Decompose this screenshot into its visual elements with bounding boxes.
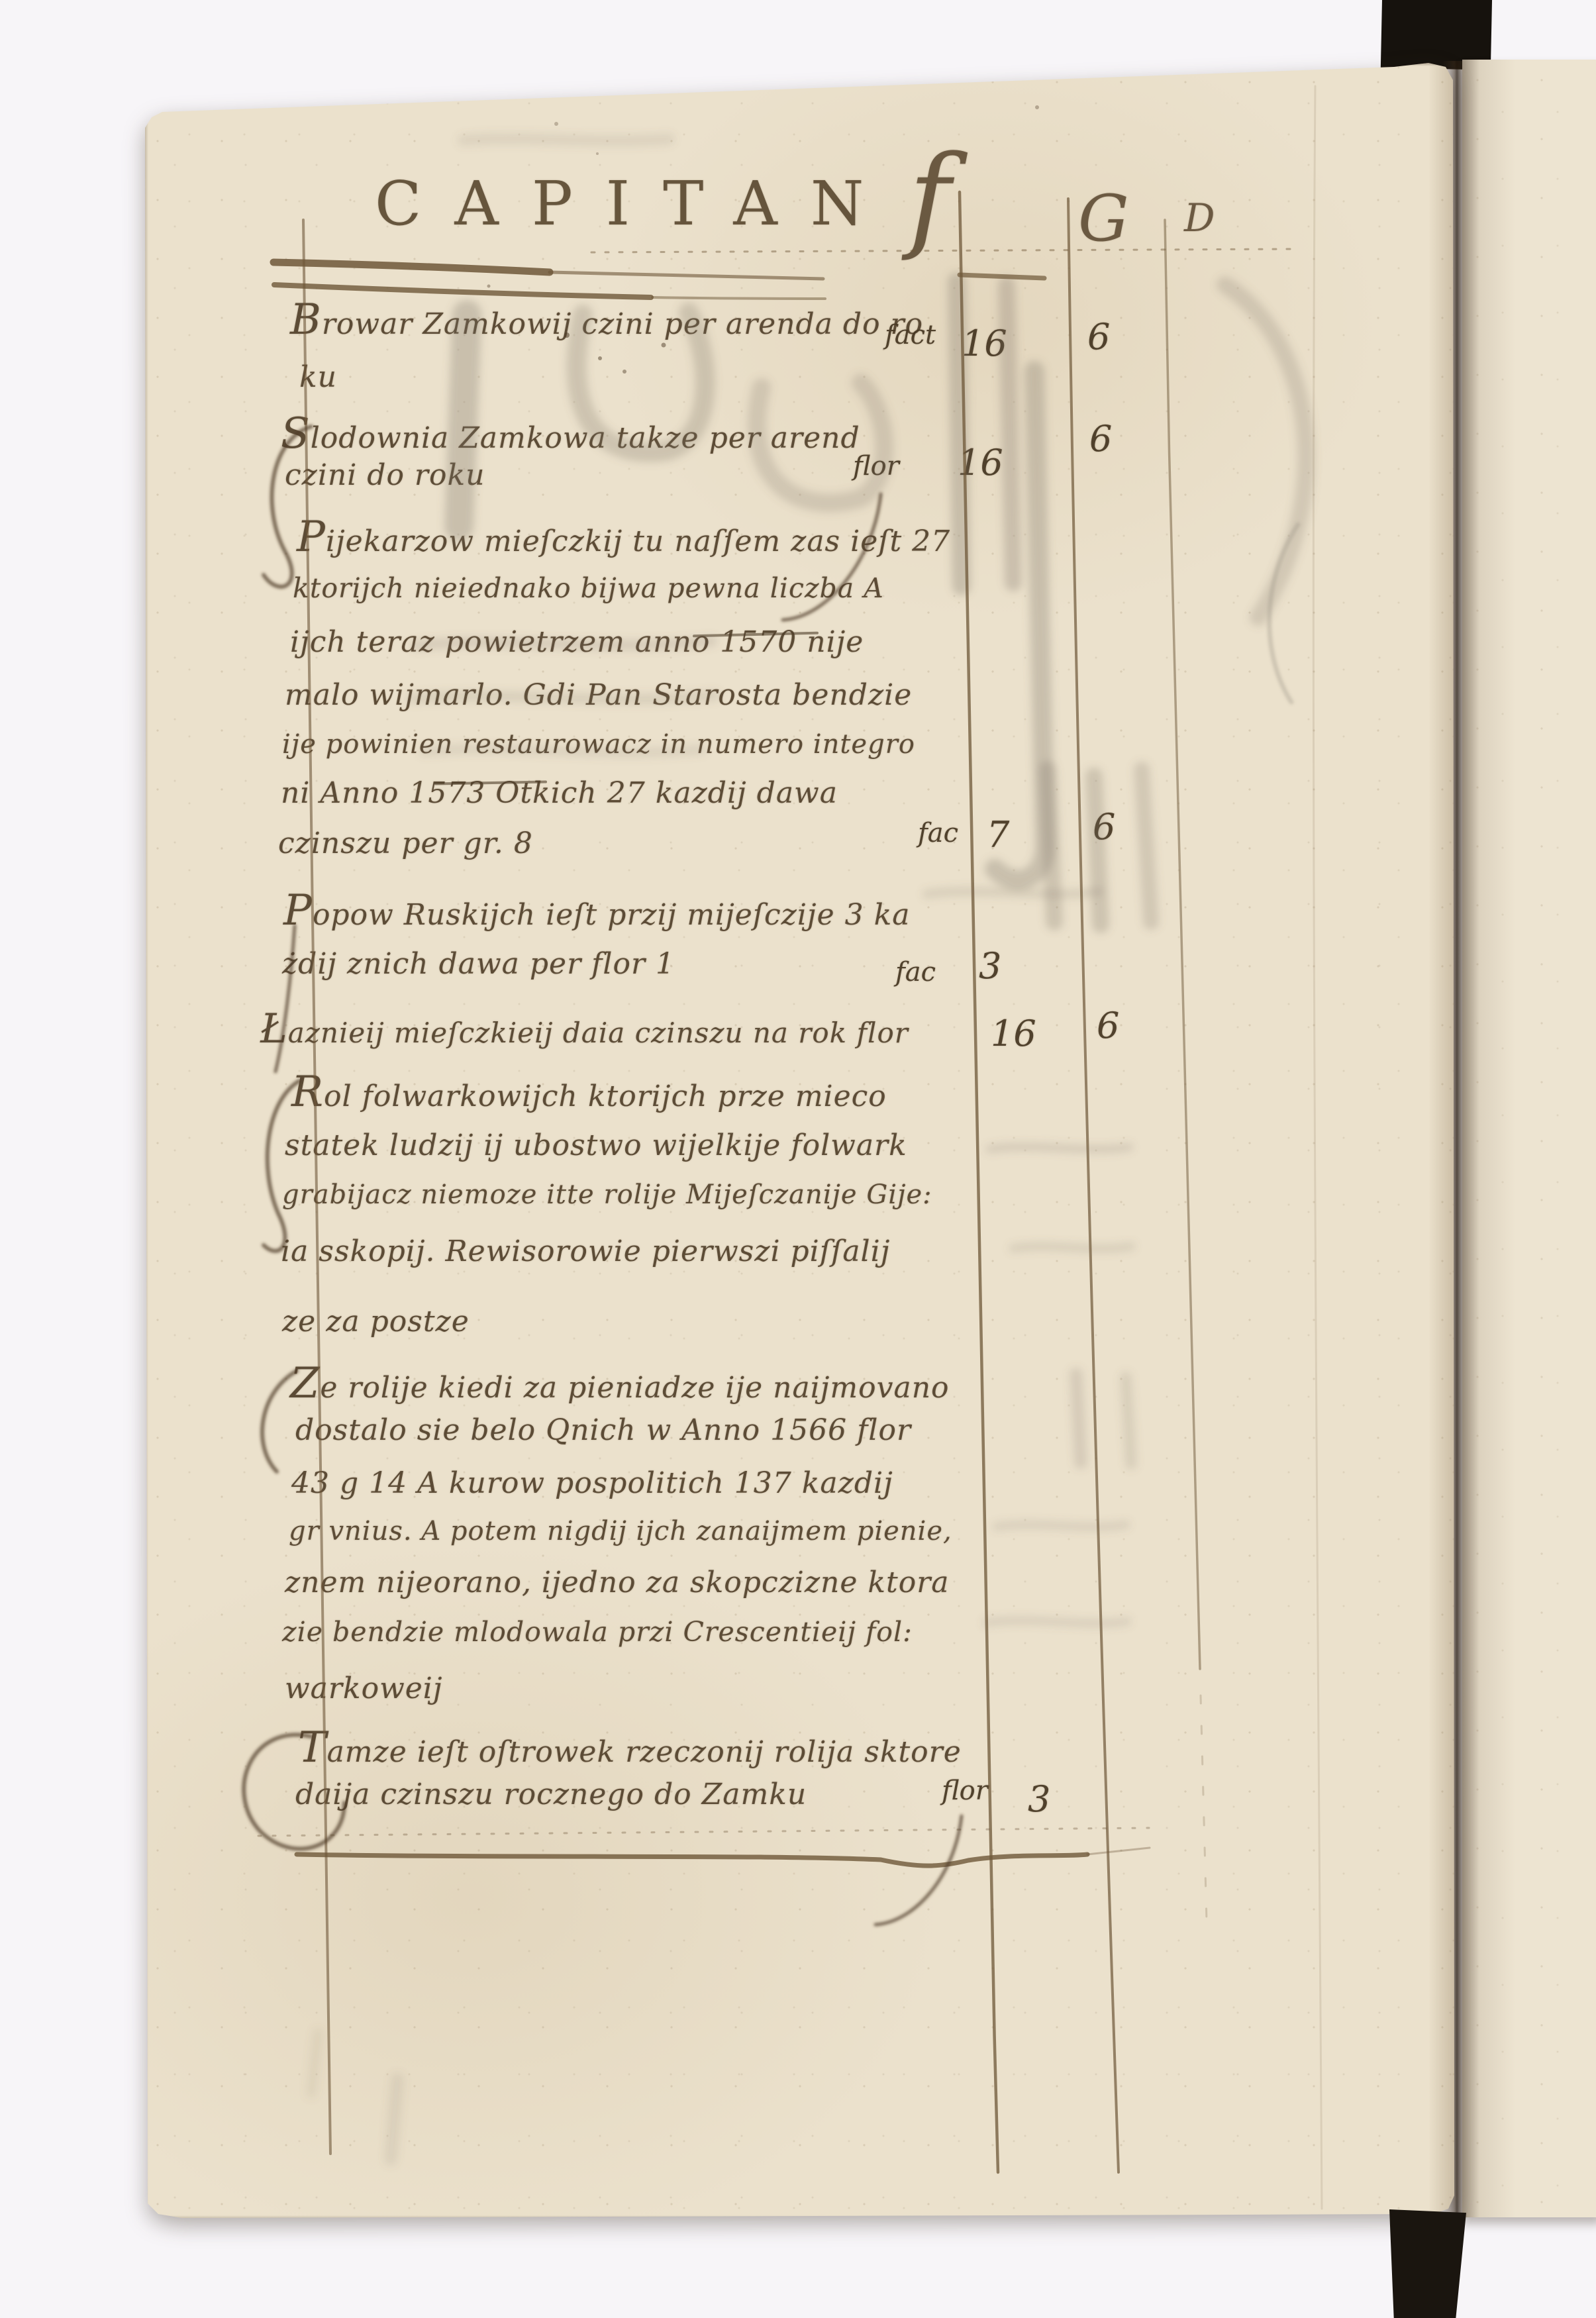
manuscript-line: Browar Zamkowij czini per arenda do ro bbox=[290, 299, 923, 342]
manuscript-line: grabijacz niemoze itte rolije Mijeſczani… bbox=[282, 1182, 932, 1208]
column-header-denarii: D bbox=[1184, 199, 1215, 237]
manuscript-line: ku bbox=[299, 363, 337, 392]
amount-florins: 3 bbox=[1028, 1782, 1050, 1817]
manuscript-page: CAPITAN f G D Browar Zamkowij czini per … bbox=[142, 62, 1455, 2221]
manuscript-line: Ze rolije kiedi za pieniadze ije naijmov… bbox=[290, 1363, 950, 1405]
manuscript-line: Tamze ieſt oſtrowek rzeczonij rolija skt… bbox=[298, 1727, 962, 1770]
manuscript-line: statek ludzij ij ubostwo wijelkije folwa… bbox=[285, 1131, 907, 1160]
amount-florins: 7 bbox=[987, 817, 1009, 853]
manuscript-scan: CAPITAN f G D Browar Zamkowij czini per … bbox=[0, 0, 1596, 2318]
column-header-florins: f bbox=[909, 140, 951, 254]
manuscript-line: czinszu per gr. 8 bbox=[278, 829, 533, 858]
manuscript-line: Slodownia Zamkowa takze per arend bbox=[281, 413, 860, 456]
manuscript-line: warkoweij bbox=[285, 1674, 443, 1703]
amount-unit: flor bbox=[853, 453, 899, 479]
amount-grossi: 6 bbox=[1097, 1008, 1119, 1044]
manuscript-line: Popow Ruskijch ieſt przij mijeſczije 3 k… bbox=[283, 890, 910, 932]
manuscript-line: ia sskopij. Rewisorowie pierwszi piſſali… bbox=[281, 1237, 890, 1266]
amount-grossi: 6 bbox=[1093, 809, 1115, 845]
amount-unit: flor bbox=[942, 1778, 988, 1804]
amount-florins: 16 bbox=[962, 326, 1007, 362]
manuscript-line: żdij znich dawa per flor 1 bbox=[282, 950, 675, 979]
manuscript-line: malo wijmarlo. Gdi Pan Starosta bendzie bbox=[285, 681, 912, 710]
manuscript-line: 43 g 14 A kurow pospolitich 137 kazdij bbox=[291, 1469, 893, 1498]
manuscript-line: daija czinszu rocznego do Zamku bbox=[295, 1780, 807, 1809]
manuscript-line: ije powinien restaurowacz in numero inte… bbox=[282, 731, 915, 758]
amount-florins: 3 bbox=[979, 948, 1001, 984]
manuscript-line: ze za postze bbox=[282, 1307, 470, 1336]
manuscript-line: gr vnius. A potem nigdij ijch zanaijmem … bbox=[289, 1518, 952, 1544]
amount-unit: fac bbox=[918, 820, 958, 846]
manuscript-line: ktorijch nieiednako bijwa pewna liczba A bbox=[293, 575, 884, 602]
manuscript-line: zie bendzie mlodowala przi Crescentieij … bbox=[282, 1619, 913, 1646]
manuscript-line: Łaznieij mieſczkieij daia czinszu na rok… bbox=[260, 1009, 909, 1050]
amount-grossi: 6 bbox=[1089, 421, 1112, 457]
bookmark-ribbon-bottom bbox=[1389, 2209, 1466, 2318]
facing-page-edge bbox=[1462, 60, 1596, 2217]
manuscript-line: znem nijeorano, ijedno za skopczizne kto… bbox=[285, 1568, 950, 1597]
amount-florins: 16 bbox=[991, 1016, 1036, 1052]
amount-unit: fac bbox=[895, 959, 936, 985]
amount-grossi: 6 bbox=[1087, 319, 1110, 355]
amount-florins: 16 bbox=[958, 445, 1003, 481]
page-title: CAPITAN bbox=[375, 174, 897, 234]
manuscript-line: ni Anno 1573 Otkich 27 kazdij dawa bbox=[281, 779, 838, 808]
amount-unit: fact bbox=[885, 322, 936, 348]
column-header-grossi: G bbox=[1078, 187, 1129, 250]
manuscript-line: Pijekarzow mieſczkij tu naſſem zas ieſt … bbox=[297, 517, 950, 559]
manuscript-line: dostalo sie belo Qnich w Anno 1566 flor bbox=[295, 1416, 911, 1445]
manuscript-line: Rol folwarkowijch ktorijch prze mieco bbox=[291, 1072, 887, 1114]
manuscript-line: czini do roku bbox=[285, 461, 485, 490]
